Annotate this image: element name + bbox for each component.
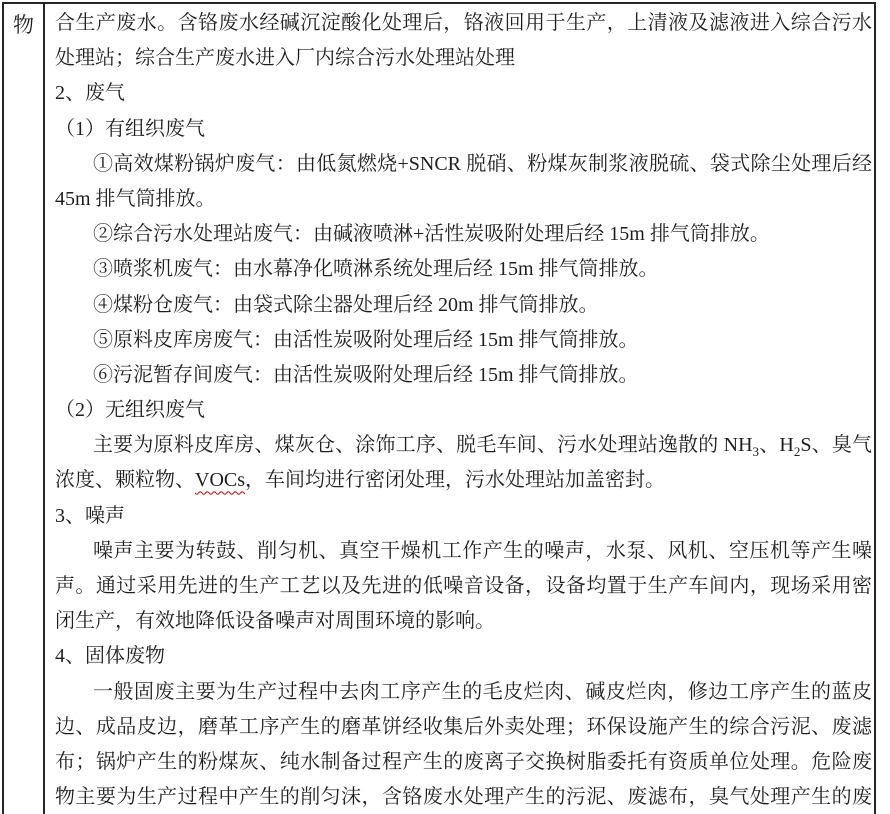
text-line: ⑤原料皮库房废气：由活性炭吸附处理后经 15m 排气筒排放。 (55, 323, 872, 358)
text-line: 布；锅炉产生的粉煤灰、纯水制备过程产生的废离子交换树脂委托有资质单位处理。危险废 (55, 745, 872, 780)
text-segment: 声。通过采用先进的生产工艺以及先进的低噪音设备，设备均置于生产车间内，现场采用密 (55, 575, 872, 597)
text-line: ④煤粉仓废气：由袋式除尘器处理后经 20m 排气筒排放。 (55, 288, 872, 323)
text-line: ⑥污泥暂存间废气：由活性炭吸附处理后经 15m 排气筒排放。 (55, 358, 872, 393)
misspelled-word: VOCs (195, 469, 245, 491)
text-segment: ③喷浆机废气：由水幕净化喷淋系统处理后经 15m 排气筒排放。 (93, 258, 659, 280)
text-segment: 闭生产，有效地降低设备噪声对周围环境的影响。 (55, 610, 495, 632)
text-segment: 合生产废水。含铬废水经碱沉淀酸化处理后，铬液回用于生产，上清液及滤液进入综合污水 (55, 12, 872, 34)
text-line: 物主要为生产过程中产生的削匀沫，含铬废水处理产生的污泥、废滤布，臭气处理产生的废 (55, 780, 872, 814)
text-line: ①高效煤粉锅炉废气：由低氮燃烧+SNCR 脱硝、粉煤灰制浆液脱硫、袋式除尘处理后… (55, 147, 872, 182)
text-segment: 4、固体废物 (55, 645, 165, 667)
text-segment: 噪声主要为转鼓、削匀机、真空干燥机工作产生的噪声，水泵、风机、空压机等产生噪 (93, 540, 872, 562)
text-segment: 、H (759, 434, 794, 456)
text-line: 3、噪声 (55, 499, 872, 534)
row-label: 物 (4, 4, 43, 39)
text-segment: （2）无组织废气 (55, 399, 205, 421)
text-segment: 45m 排气筒排放。 (55, 188, 216, 210)
text-line: （1）有组织废气 (55, 112, 872, 147)
text-segment: 布；锅炉产生的粉煤灰、纯水制备过程产生的废离子交换树脂委托有资质单位处理。危险废 (55, 751, 872, 773)
row-label-cell: 物 (4, 4, 45, 814)
text-segment: 2、废气 (55, 82, 125, 104)
text-segment: ，车间均进行密闭处理，污水处理站加盖密封。 (245, 469, 665, 491)
text-line: 合生产废水。含铬废水经碱沉淀酸化处理后，铬液回用于生产，上清液及滤液进入综合污水 (55, 6, 872, 41)
document-table: 物 合生产废水。含铬废水经碱沉淀酸化处理后，铬液回用于生产，上清液及滤液进入综合… (2, 2, 876, 814)
text-segment: ⑥污泥暂存间废气：由活性炭吸附处理后经 15m 排气筒排放。 (93, 364, 639, 386)
text-line: 处理站；综合生产废水进入厂内综合污水处理站处理 (55, 41, 872, 76)
text-line: ②综合污水处理站废气：由碱液喷淋+活性炭吸附处理后经 15m 排气筒排放。 (55, 217, 872, 252)
text-line: 45m 排气筒排放。 (55, 182, 872, 217)
text-segment: 3、噪声 (55, 505, 125, 527)
text-segment: ④煤粉仓废气：由袋式除尘器处理后经 20m 排气筒排放。 (93, 294, 599, 316)
text-segment: 边、成品皮边，磨革工序产生的磨革饼经收集后外卖处理；环保设施产生的综合污泥、废滤 (55, 716, 872, 738)
text-line: 浓度、颗粒物、VOCs，车间均进行密闭处理，污水处理站加盖密封。 (55, 463, 872, 498)
text-line: 声。通过采用先进的生产工艺以及先进的低噪音设备，设备均置于生产车间内，现场采用密 (55, 569, 872, 604)
text-segment: S、臭气 (800, 434, 872, 456)
content-cell: 合生产废水。含铬废水经碱沉淀酸化处理后，铬液回用于生产，上清液及滤液进入综合污水… (45, 4, 874, 814)
text-line: 噪声主要为转鼓、削匀机、真空干燥机工作产生的噪声，水泵、风机、空压机等产生噪 (55, 534, 872, 569)
text-line: 2、废气 (55, 76, 872, 111)
text-segment: ⑤原料皮库房废气：由活性炭吸附处理后经 15m 排气筒排放。 (93, 329, 639, 351)
text-segment: 处理站；综合生产废水进入厂内综合污水处理站处理 (55, 47, 515, 69)
text-segment: 浓度、颗粒物、 (55, 469, 195, 491)
text-segment: 物主要为生产过程中产生的削匀沫，含铬废水处理产生的污泥、废滤布，臭气处理产生的废 (55, 786, 872, 808)
text-line: ③喷浆机废气：由水幕净化喷淋系统处理后经 15m 排气筒排放。 (55, 252, 872, 287)
text-line: 边、成品皮边，磨革工序产生的磨革饼经收集后外卖处理；环保设施产生的综合污泥、废滤 (55, 710, 872, 745)
text-line: 4、固体废物 (55, 639, 872, 674)
text-segment: ①高效煤粉锅炉废气：由低氮燃烧+SNCR 脱硝、粉煤灰制浆液脱硫、袋式除尘处理后… (93, 153, 872, 175)
text-segment: （1）有组织废气 (55, 118, 205, 140)
text-segment: ②综合污水处理站废气：由碱液喷淋+活性炭吸附处理后经 15m 排气筒排放。 (93, 223, 770, 245)
text-segment: 一般固废主要为生产过程中去肉工序产生的毛皮烂肉、碱皮烂肉，修边工序产生的蓝皮 (93, 681, 872, 703)
text-line: 一般固废主要为生产过程中去肉工序产生的毛皮烂肉、碱皮烂肉，修边工序产生的蓝皮 (55, 675, 872, 710)
text-line: 主要为原料皮库房、煤灰仓、涂饰工序、脱毛车间、污水处理站逸散的 NH3、H2S、… (55, 428, 872, 463)
text-line: （2）无组织废气 (55, 393, 872, 428)
text-segment: 主要为原料皮库房、煤灰仓、涂饰工序、脱毛车间、污水处理站逸散的 NH (93, 434, 753, 456)
text-line: 闭生产，有效地降低设备噪声对周围环境的影响。 (55, 604, 872, 639)
